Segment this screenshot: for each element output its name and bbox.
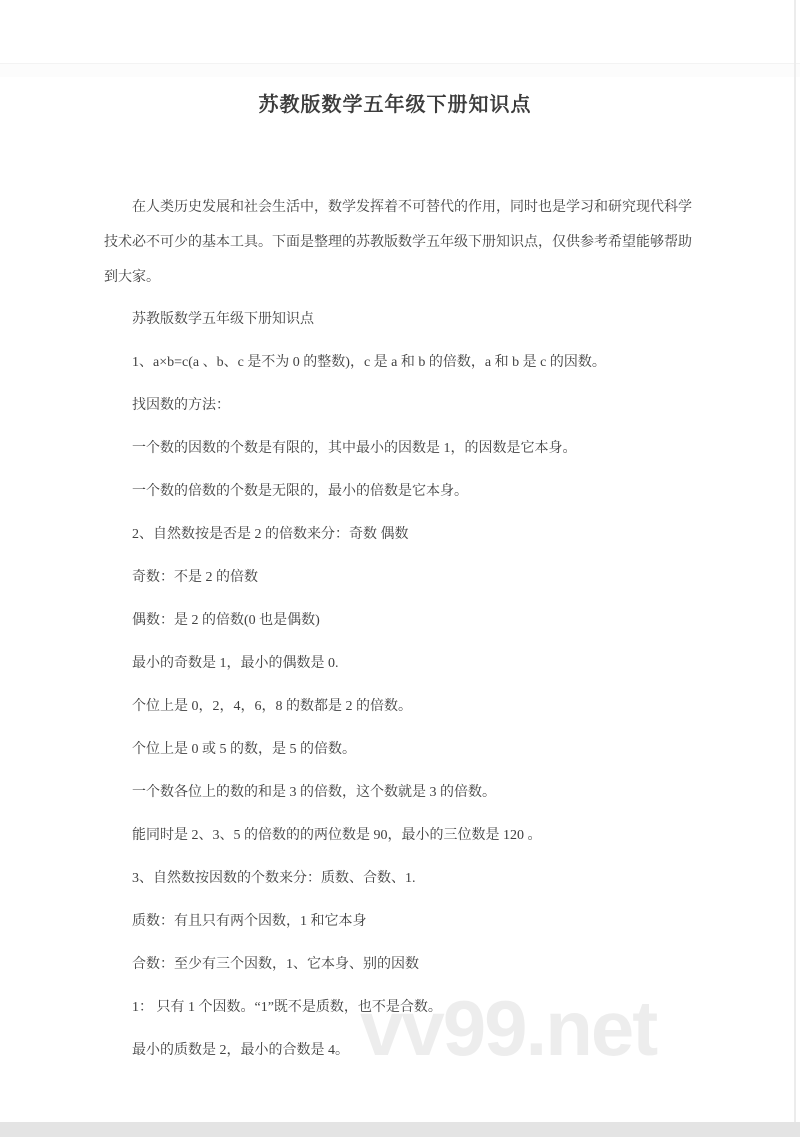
document-page: vv99.net 苏教版数学五年级下册知识点 在人类历史发展和社会生活中，数学发… (0, 0, 800, 1137)
page-top-divider (0, 63, 800, 77)
knowledge-line: 偶数：是 2 的倍数(0 也是偶数) (104, 611, 696, 631)
knowledge-line: 一个数的因数的个数是有限的，其中最小的因数是 1，的因数是它本身。 (104, 439, 696, 459)
knowledge-line: 1： 只有 1 个因数。“1”既不是质数，也不是合数。 (104, 998, 696, 1018)
knowledge-line: 找因数的方法： (104, 396, 696, 416)
knowledge-line: 2、自然数按是否是 2 的倍数来分：奇数 偶数 (104, 525, 696, 545)
page-right-edge (794, 0, 796, 1122)
knowledge-line: 最小的质数是 2，最小的合数是 4。 (104, 1041, 696, 1061)
knowledge-line: 3、自然数按因数的个数来分：质数、合数、1. (104, 869, 696, 889)
knowledge-line: 奇数：不是 2 的倍数 (104, 568, 696, 588)
knowledge-line: 合数：至少有三个因数，1、它本身、别的因数 (104, 955, 696, 975)
knowledge-line: 一个数各位上的数的和是 3 的倍数，这个数就是 3 的倍数。 (104, 783, 696, 803)
knowledge-line: 最小的奇数是 1，最小的偶数是 0. (104, 654, 696, 674)
intro-paragraph: 在人类历史发展和社会生活中，数学发挥着不可替代的作用，同时也是学习和研究现代科学… (104, 190, 696, 295)
page-title: 苏教版数学五年级下册知识点 (0, 88, 790, 117)
knowledge-line: 一个数的倍数的个数是无限的，最小的倍数是它本身。 (104, 482, 696, 502)
knowledge-line: 1、a×b=c(a 、b、c 是不为 0 的整数)，c 是 a 和 b 的倍数，… (104, 353, 696, 373)
bottom-gray-bar (0, 1122, 800, 1137)
document-body: 在人类历史发展和社会生活中，数学发挥着不可替代的作用，同时也是学习和研究现代科学… (104, 190, 696, 1084)
knowledge-line: 个位上是 0 或 5 的数，是 5 的倍数。 (104, 740, 696, 760)
knowledge-line: 苏教版数学五年级下册知识点 (104, 310, 696, 330)
knowledge-line: 个位上是 0，2，4，6，8 的数都是 2 的倍数。 (104, 697, 696, 717)
knowledge-line: 质数：有且只有两个因数，1 和它本身 (104, 912, 696, 932)
knowledge-line: 能同时是 2、3、5 的倍数的的两位数是 90，最小的三位数是 120 。 (104, 826, 696, 846)
